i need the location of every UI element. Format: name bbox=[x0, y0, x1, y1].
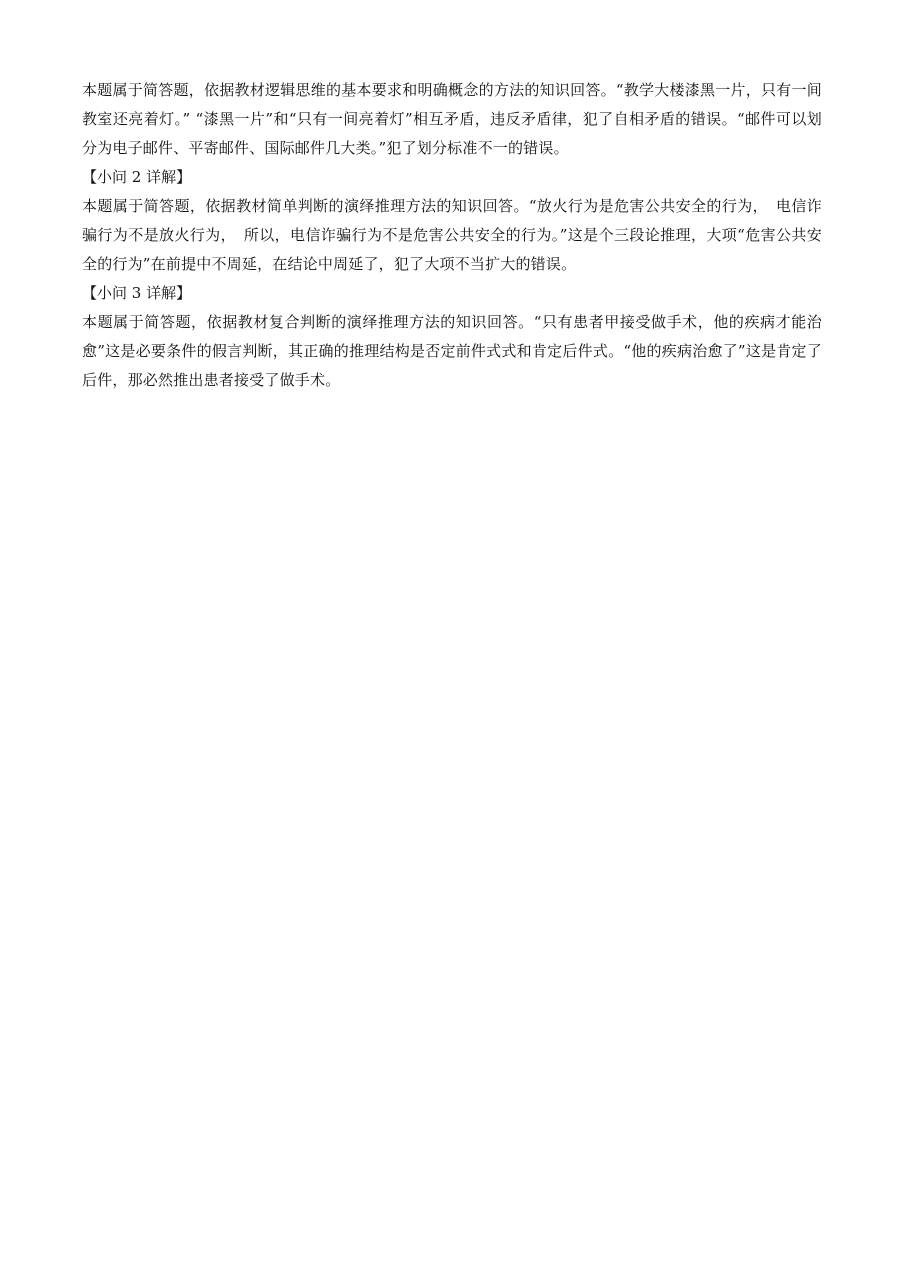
section-heading-question-3: 【小问 3 详解】 bbox=[82, 279, 822, 308]
document-page: 本题属于简答题，依据教材逻辑思维的基本要求和明确概念的方法的知识回答。“教学大楼… bbox=[82, 76, 822, 395]
answer-paragraph-2: 本题属于简答题，依据教材简单判断的演绎推理方法的知识回答。“放火行为是危害公共安… bbox=[82, 192, 822, 279]
answer-paragraph-1: 本题属于简答题，依据教材逻辑思维的基本要求和明确概念的方法的知识回答。“教学大楼… bbox=[82, 76, 822, 163]
section-heading-question-2: 【小问 2 详解】 bbox=[82, 163, 822, 192]
answer-paragraph-3: 本题属于简答题，依据教材复合判断的演绎推理方法的知识回答。“只有患者甲接受做手术… bbox=[82, 308, 822, 395]
